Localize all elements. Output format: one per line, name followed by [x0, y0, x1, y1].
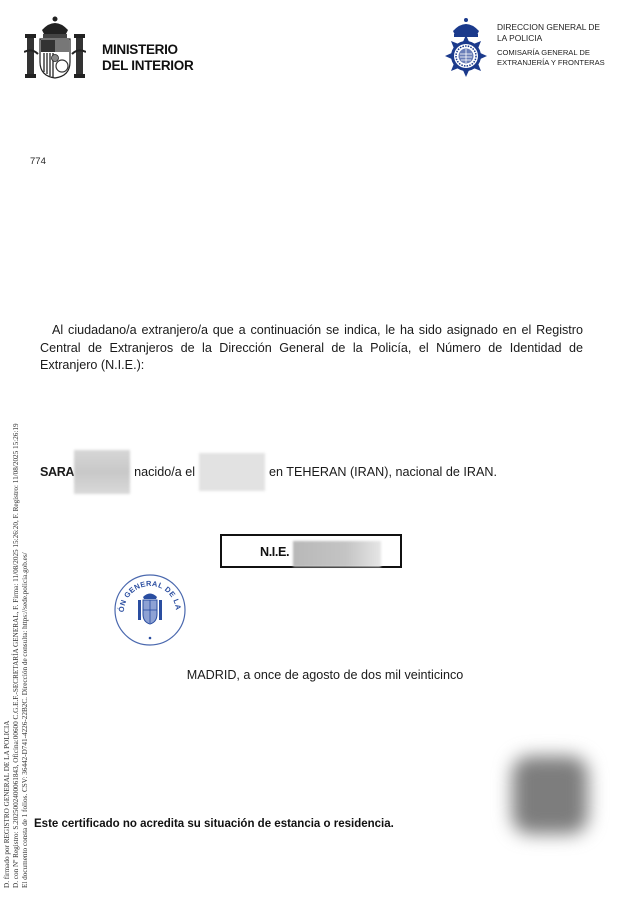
side-registry-line: D. con Nº Registro: S.2025002400061843, … — [12, 423, 20, 888]
intro-paragraph: Al ciudadano/a extranjero/a que a contin… — [40, 322, 583, 375]
place-nationality: en TEHERAN (IRAN), nacional de IRAN. — [269, 465, 497, 479]
ministry-name-line1: MINISTERIO — [102, 42, 193, 58]
official-stamp-icon: DIRECCIÓN GENERAL DE LA POLICÍA — [112, 572, 188, 648]
spain-coat-of-arms-icon — [24, 14, 86, 80]
police-title-line2: LA POLICIA — [497, 33, 600, 44]
police-title-line1: DIRECCION GENERAL DE — [497, 22, 600, 33]
redacted-surname — [74, 450, 130, 494]
redacted-birth-date — [199, 453, 265, 491]
side-csv-line: El documento consta de 1 folios. CSV: 36… — [21, 552, 29, 888]
ministry-name-line2: DEL INTERIOR — [102, 58, 193, 74]
redacted-nie-number — [293, 541, 381, 567]
police-directorate-title: DIRECCION GENERAL DE LA POLICIA — [497, 22, 600, 44]
side-signature-line: D. firmado por REGISTRO GENERAL DE LA PO… — [3, 721, 11, 888]
born-label: nacido/a el — [134, 465, 195, 479]
redacted-signature — [512, 756, 588, 834]
person-first-name: SARA — [40, 465, 74, 479]
ministry-name: MINISTERIO DEL INTERIOR — [102, 42, 193, 74]
person-details-line: SARA nacido/a el en TEHERAN (IRAN), naci… — [40, 450, 497, 494]
police-commissariat-subtitle: COMISARÍA GENERAL DE EXTRANJERÍA Y FRONT… — [497, 48, 605, 68]
policia-nacional-badge-icon — [441, 17, 491, 77]
reference-number: 774 — [30, 156, 46, 167]
disclaimer: Este certificado no acredita su situació… — [34, 818, 394, 830]
nie-label: N.I.E. — [260, 545, 289, 559]
place-and-date: MADRID, a once de agosto de dos mil vein… — [0, 668, 624, 682]
police-sub-line1: COMISARÍA GENERAL DE — [497, 48, 605, 58]
police-sub-line2: EXTRANJERÍA Y FRONTERAS — [497, 58, 605, 68]
